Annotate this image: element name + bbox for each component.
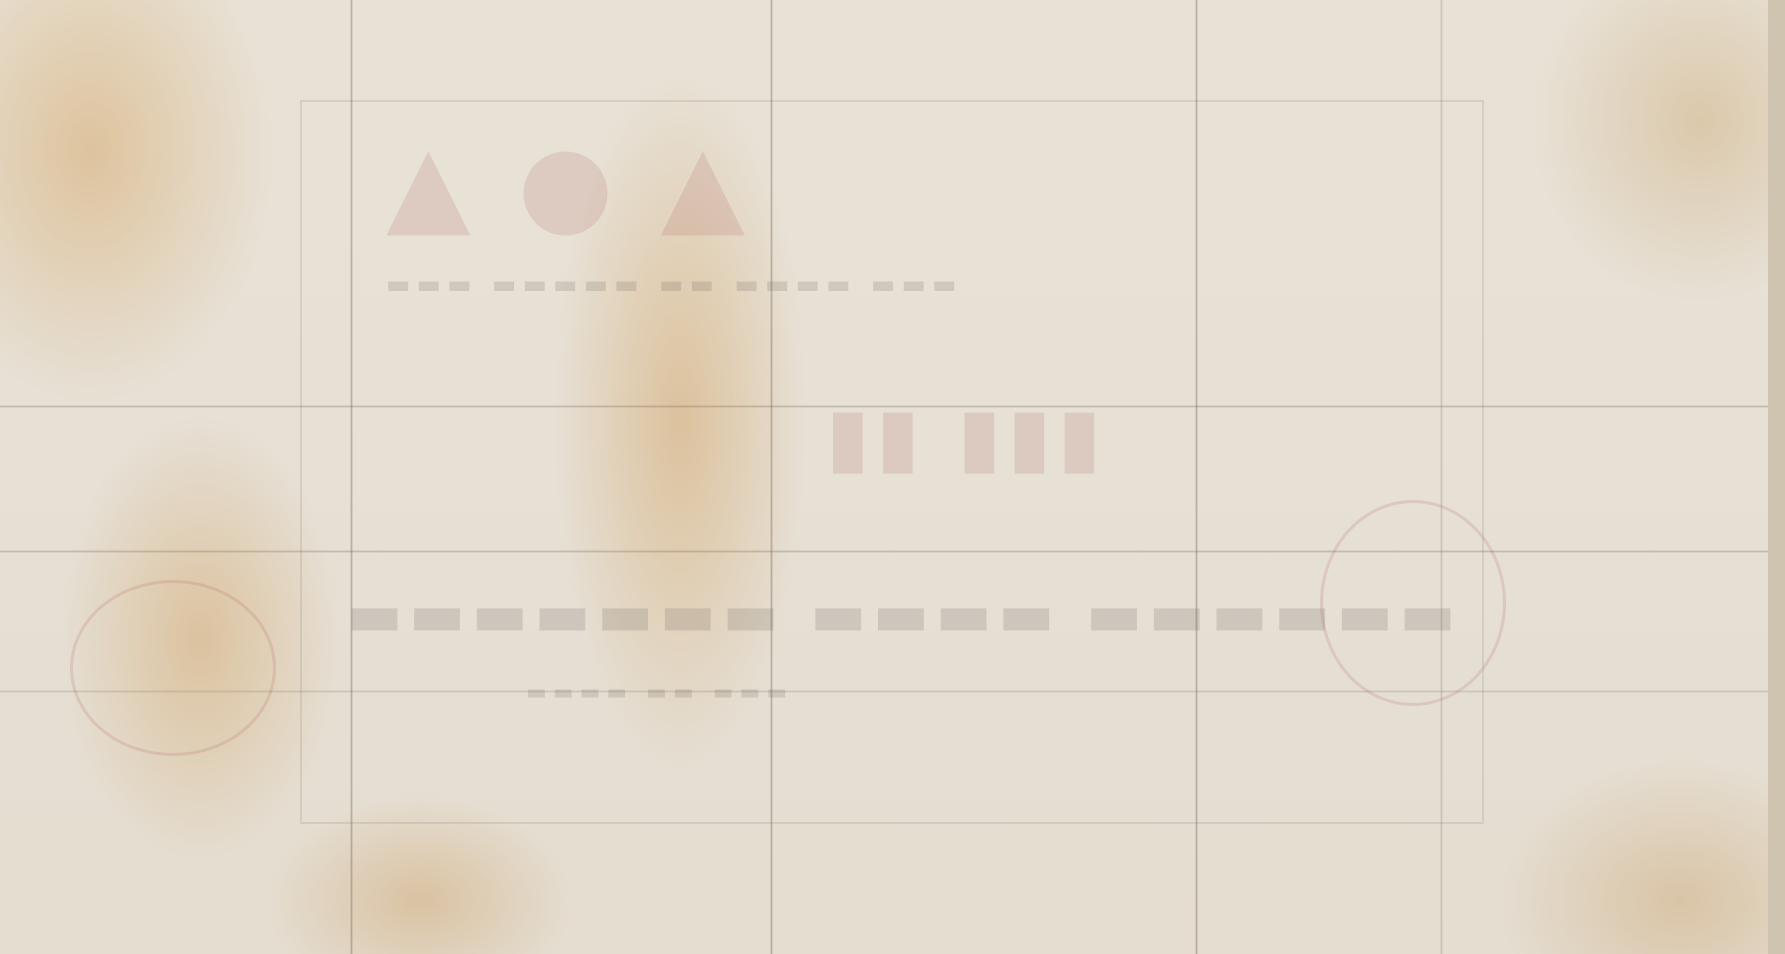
ghost-text-line: ▬▬▬ ▬▬▬▬ ▬▬ ▬▬▬▬▬ ▬▬▬: [380, 270, 957, 300]
ghost-seal-right: [1320, 500, 1506, 706]
fold-line-vertical: [350, 0, 353, 954]
fold-line-vertical: [1195, 0, 1198, 954]
ghost-heading-mirrored: ▲ ● ▲: [380, 120, 745, 248]
fold-line-vertical: [770, 0, 773, 954]
fold-line-horizontal: [0, 550, 1768, 553]
fold-line-vertical: [1440, 0, 1443, 954]
paper-sheet: ▲ ● ▲ ▬▬▬ ▬▬▬▬ ▬▬ ▬▬▬▬▬ ▬▬▬ ▮▮▮ ▮▮ ▬▬▬▬▬…: [0, 0, 1785, 954]
ghost-lower-band: ▬▬▬▬▬▬ ▬▬▬▬ ▬▬▬▬▬▬▬: [340, 580, 1456, 650]
fold-line-horizontal: [0, 405, 1768, 408]
ghost-center-band: ▮▮▮ ▮▮: [820, 390, 1102, 483]
fold-line-horizontal: [0, 690, 1768, 693]
ghost-seal-left: [70, 580, 276, 756]
paper-right-edge: [1768, 0, 1785, 954]
